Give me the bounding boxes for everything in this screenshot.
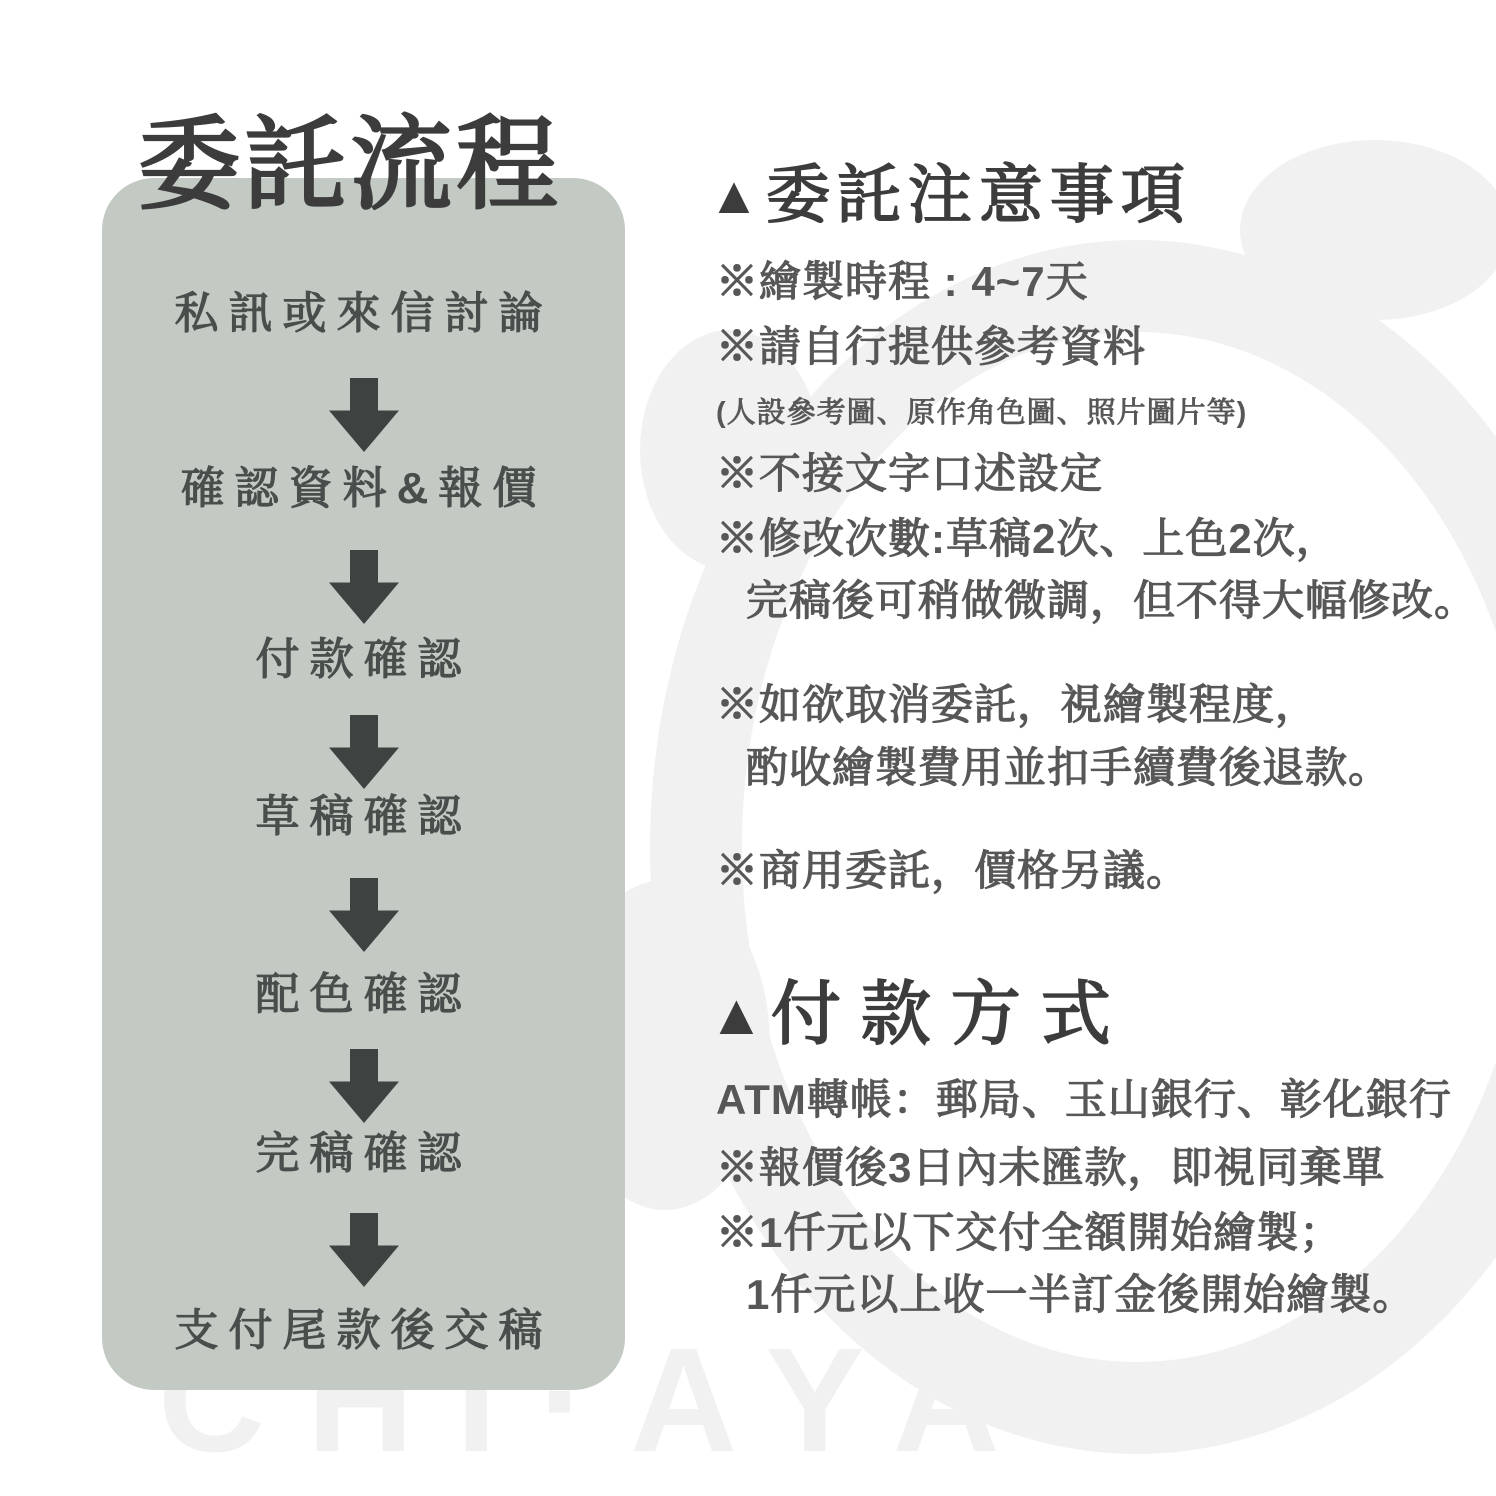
- payment-heading: ▲付款方式: [708, 958, 1131, 1059]
- note-line: 完稿後可稍做微調，但不得大幅修改。: [746, 568, 1477, 628]
- flow-step-delivery: 支付尾款後交稿: [102, 1303, 625, 1359]
- flow-step-payment: 付款確認: [102, 632, 625, 688]
- payment-heading-label: 付款方式: [771, 975, 1131, 1053]
- background-brush-blob: [1240, 140, 1496, 320]
- note-line: (人設參考圖、原作角色圖、照片圖片等): [716, 390, 1247, 431]
- triangle-bullet-icon: ▲: [708, 166, 760, 225]
- note-line: ※修改次數:草稿2次、上色2次，: [716, 506, 1339, 566]
- commission-info-poster: CHI·AYA 委託流程 私訊或來信討論 確認資料&報價 付款確認 草稿確認 配…: [0, 0, 1496, 1496]
- flow-step-draft: 草稿確認: [102, 789, 625, 845]
- payment-line: ※報價後3日內未匯款，即視同棄單: [716, 1135, 1385, 1195]
- notes-heading-label: 委託注意事項: [766, 159, 1192, 231]
- triangle-bullet-icon: ▲: [708, 983, 765, 1047]
- note-line: ※繪製時程 : 4~7天: [716, 249, 1089, 309]
- flow-title: 委託流程: [138, 84, 562, 230]
- note-line: ※商用委託，價格另議。: [716, 838, 1189, 898]
- flow-step-contact: 私訊或來信討論: [102, 286, 625, 342]
- note-line: 酌收繪製費用並扣手續費後退款。: [746, 735, 1391, 795]
- payment-line: ※1仟元以下交付全額開始繪製；: [716, 1200, 1342, 1260]
- flow-step-coloring: 配色確認: [102, 967, 625, 1023]
- payment-line: ATM轉帳：郵局、玉山銀行、彰化銀行: [716, 1067, 1452, 1127]
- flow-step-confirm-quote: 確認資料&報價: [102, 461, 625, 517]
- note-line: ※不接文字口述設定: [716, 441, 1103, 501]
- note-line: ※如欲取消委託，視繪製程度，: [716, 672, 1318, 732]
- flow-step-final-check: 完稿確認: [102, 1126, 625, 1182]
- notes-heading: ▲委託注意事項: [708, 144, 1192, 236]
- note-line: ※請自行提供參考資料: [716, 314, 1146, 374]
- payment-line: 1仟元以上收一半訂金後開始繪製。: [746, 1262, 1415, 1322]
